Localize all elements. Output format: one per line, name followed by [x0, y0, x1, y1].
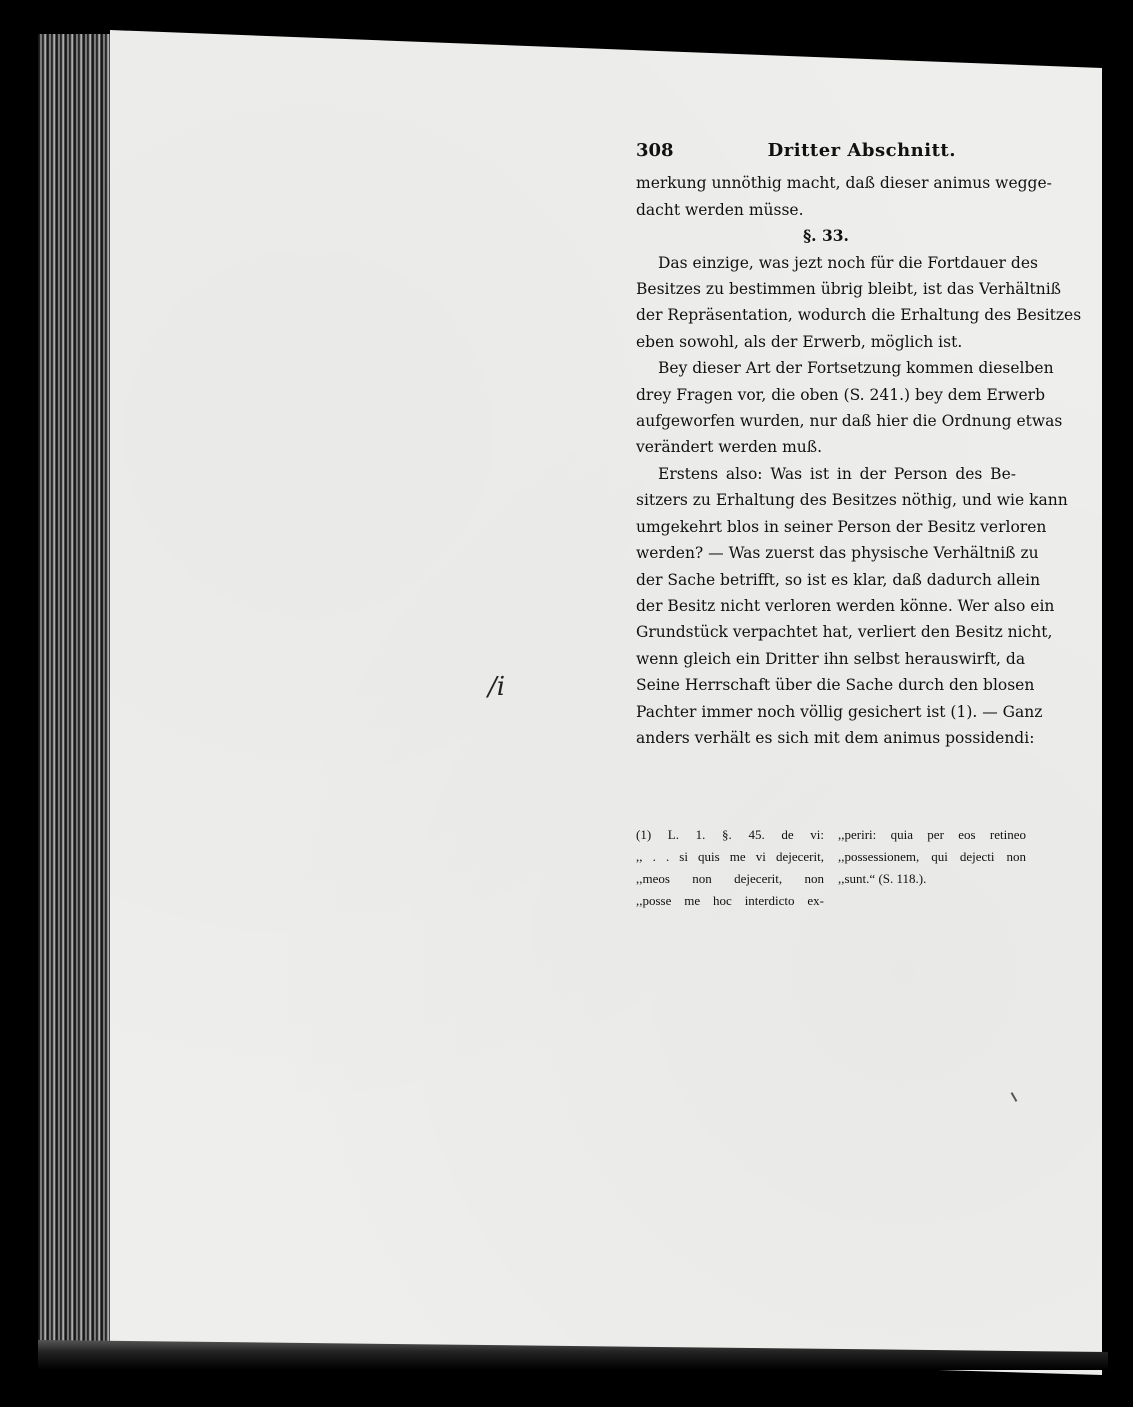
text-line: Grundstück verpachtet hat, verliert den … [636, 619, 1016, 645]
text-line: Bey dieser Art der Fortsetzung kommen di… [636, 355, 1016, 381]
text-line: der Sache betrifft, so ist es klar, daß … [636, 567, 1016, 593]
text-line: der Repräsentation, wodurch die Erhaltun… [636, 302, 1016, 328]
footnote-line: (1) L. 1. §. 45. de vi: [636, 824, 824, 846]
page-number: 308 [636, 138, 674, 164]
text-line: aufgeworfen wurden, nur daß hier die Ord… [636, 408, 1016, 434]
footnote-line: ,,possessionem, qui dejecti non [838, 846, 1026, 868]
text-line: Besitzes zu bestimmen übrig bleibt, ist … [636, 276, 1016, 302]
text-line: eben sowohl, als der Erwerb, möglich ist… [636, 329, 1016, 355]
text-line: drey Fragen vor, die oben (S. 241.) bey … [636, 382, 1016, 408]
text-line: merkung unnöthig macht, daß dieser animu… [636, 170, 1016, 196]
footnote-line: ,,sunt.“ (S. 118.). [838, 868, 1026, 890]
text-line: dacht werden müsse. [636, 197, 1016, 223]
text-line: umgekehrt blos in seiner Person der Besi… [636, 514, 1016, 540]
footnote-line: ,,posse me hoc interdicto ex- [636, 890, 824, 912]
footnotes: (1) L. 1. §. 45. de vi: ,, . . si quis m… [636, 824, 1026, 912]
text-line: sitzers zu Erhaltung des Besitzes nöthig… [636, 487, 1016, 513]
running-head: Dritter Abschnitt. [768, 138, 956, 164]
text-line: der Besitz nicht verloren werden könne. … [636, 593, 1016, 619]
text-line: Seine Herrschaft über die Sache durch de… [636, 672, 1016, 698]
text-line: werden? — Was zuerst das physische Verhä… [636, 540, 1016, 566]
footnote-column-right: ,,periri: quia per eos retineo ,,possess… [838, 824, 1026, 912]
footnote-line: ,, . . si quis me vi dejecerit, [636, 846, 824, 868]
text-line: Erstens also: Was ist in der Person des … [636, 461, 1016, 487]
page-edges-stack [38, 34, 118, 1354]
text-line: Das einzige, was jezt noch für die Fortd… [636, 250, 1016, 276]
text-line: verändert werden muß. [636, 434, 1016, 460]
page-text: 308 Dritter Abschnitt. merkung unnöthig … [636, 138, 1016, 751]
text-line: wenn gleich ein Dritter ihn selbst herau… [636, 646, 1016, 672]
text-line: Pachter immer noch völlig gesichert ist … [636, 699, 1016, 725]
footnote-column-left: (1) L. 1. §. 45. de vi: ,, . . si quis m… [636, 824, 824, 912]
text-line: anders verhält es sich mit dem animus po… [636, 725, 1016, 751]
footnote-line: ,,meos non dejecerit, non [636, 868, 824, 890]
page-header: 308 Dritter Abschnitt. [636, 138, 956, 164]
section-heading: §. 33. [636, 223, 1016, 249]
footnote-line: ,,periri: quia per eos retineo [838, 824, 1026, 846]
pencil-annotation: /i [488, 672, 505, 702]
